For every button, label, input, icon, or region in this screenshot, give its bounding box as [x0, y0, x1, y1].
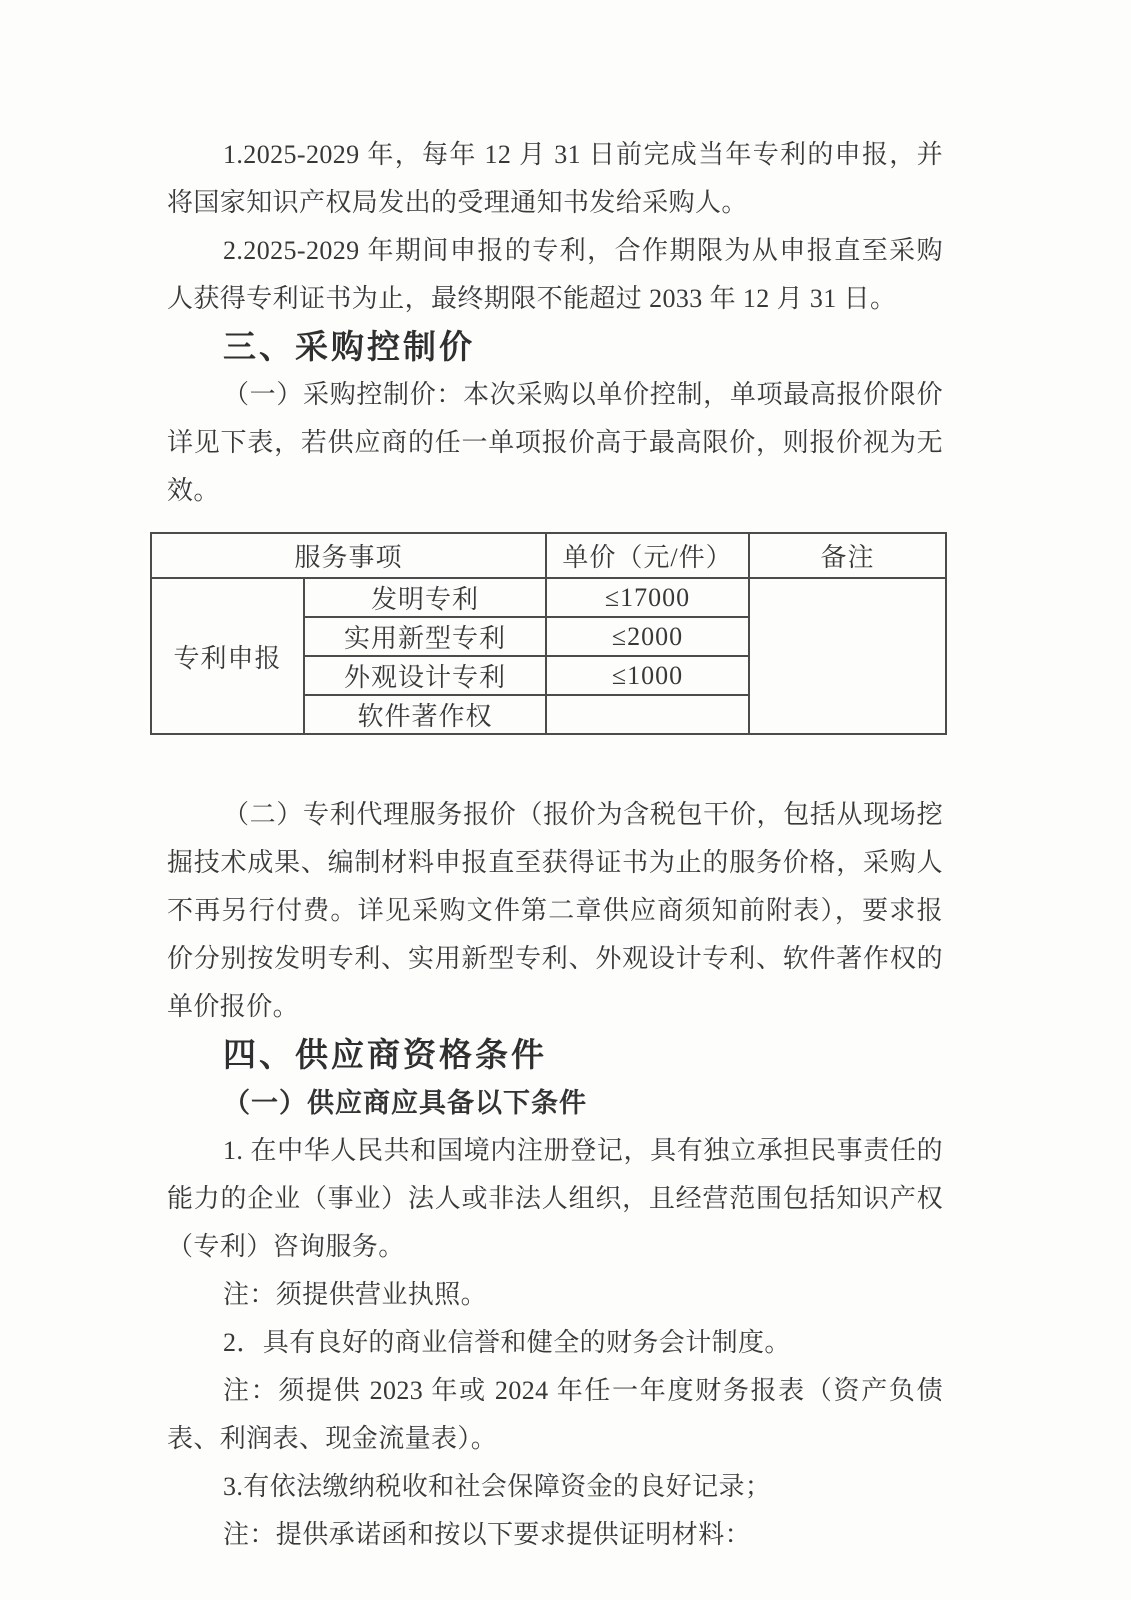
table-cell-group-patent-filing: 专利申报 — [151, 578, 304, 734]
table-header-service-item: 服务事项 — [151, 533, 546, 578]
table-header-remark: 备注 — [749, 533, 946, 578]
price-limit-table: 服务事项 单价（元/件） 备注 专利申报 发明专利 ≤17000 实用新型专利 … — [150, 532, 947, 735]
table-cell-item: 实用新型专利 — [304, 617, 546, 656]
table-cell-price — [546, 695, 749, 734]
table-cell-item: 发明专利 — [304, 578, 546, 617]
document-content: 1.2025-2029 年，每年 12 月 31 日前完成当年专利的申报，并将国… — [167, 131, 943, 1559]
table-cell-price: ≤1000 — [546, 656, 749, 695]
table-cell-price: ≤17000 — [546, 578, 749, 617]
section-heading-supplier-qualification: 四、供应商资格条件 — [223, 1031, 943, 1079]
paragraph-control-price-description: （一）采购控制价：本次采购以单价控制，单项最高报价限价详见下表，若供应商的任一单… — [167, 371, 943, 515]
subsection-heading-supplier-conditions: （一）供应商应具备以下条件 — [223, 1079, 943, 1127]
paragraph-condition-2: 2．具有良好的商业信誉和健全的财务会计制度。 — [167, 1319, 943, 1367]
paragraph-condition-1: 1. 在中华人民共和国境内注册登记，具有独立承担民事责任的能力的企业（事业）法人… — [167, 1127, 943, 1271]
paragraph-annual-filing: 1.2025-2029 年，每年 12 月 31 日前完成当年专利的申报，并将国… — [167, 131, 943, 227]
paragraph-condition-2-note: 注：须提供 2023 年或 2024 年任一年度财务报表（资产负债表、利润表、现… — [167, 1367, 943, 1463]
paragraph-cooperation-period: 2.2025-2029 年期间申报的专利，合作期限为从申报直至采购人获得专利证书… — [167, 227, 943, 323]
table-cell-item: 外观设计专利 — [304, 656, 546, 695]
table-cell-item: 软件著作权 — [304, 695, 546, 734]
section-heading-procurement-control-price: 三、采购控制价 — [223, 323, 943, 371]
paragraph-condition-3-note: 注：提供承诺函和按以下要求提供证明材料： — [167, 1511, 943, 1559]
document-page: 1.2025-2029 年，每年 12 月 31 日前完成当年专利的申报，并将国… — [0, 0, 1131, 1600]
table-row-invention-patent: 专利申报 发明专利 ≤17000 — [151, 578, 946, 617]
paragraph-condition-1-note: 注：须提供营业执照。 — [167, 1271, 943, 1319]
table-header-row: 服务事项 单价（元/件） 备注 — [151, 533, 946, 578]
table-header-unit-price: 单价（元/件） — [546, 533, 749, 578]
table-cell-price: ≤2000 — [546, 617, 749, 656]
paragraph-agency-service-quote: （二）专利代理服务报价（报价为含税包干价，包括从现场挖掘技术成果、编制材料申报直… — [167, 791, 943, 1031]
table-cell-remark — [749, 578, 946, 734]
paragraph-condition-3: 3.有依法缴纳税收和社会保障资金的良好记录； — [167, 1463, 943, 1511]
